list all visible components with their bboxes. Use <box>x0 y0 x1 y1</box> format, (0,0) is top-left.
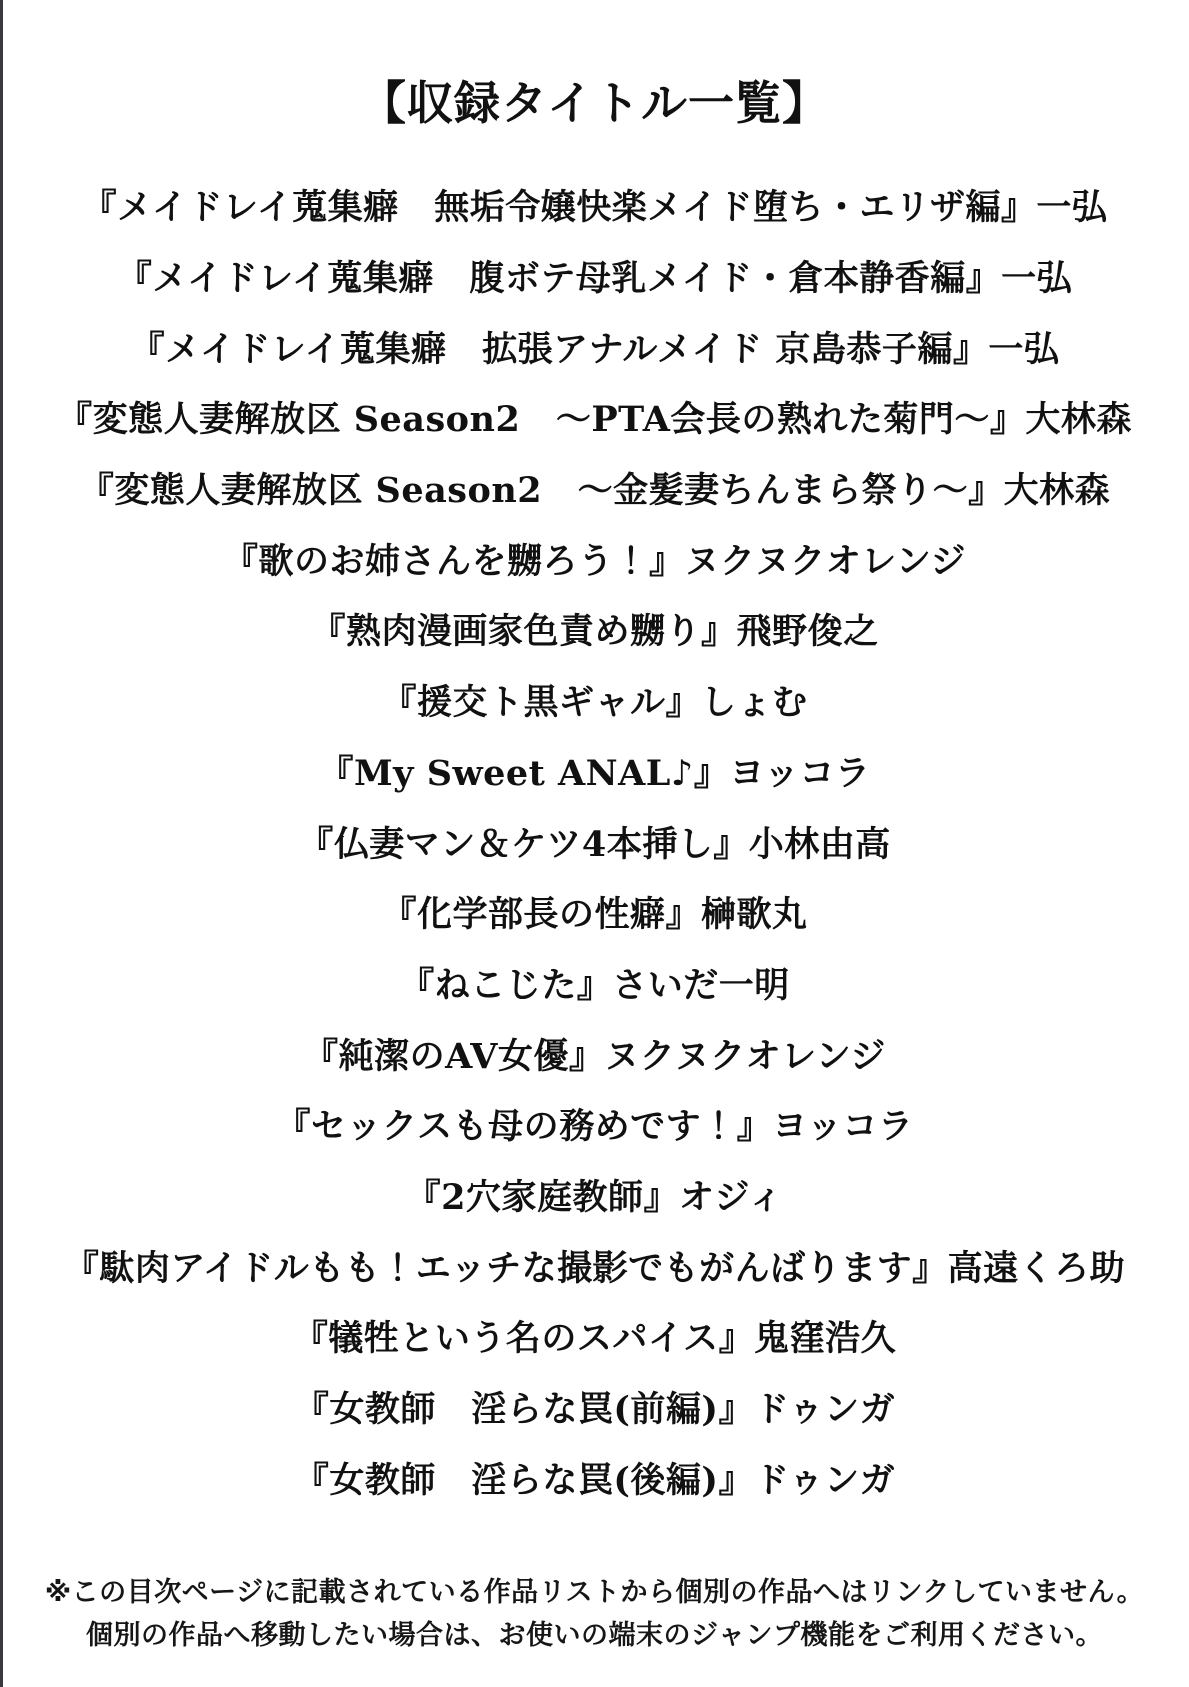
toc-entry: 『変態人妻解放区 Season2 ～PTA会長の熟れた菊門～』大林森 <box>0 382 1189 453</box>
toc-entry: 『セックスも母の務めです！』ヨッコラ <box>0 1089 1189 1160</box>
page-title: 【収録タイトル一覧】 <box>0 70 1189 130</box>
toc-entry: 『My Sweet ANAL♪』ヨッコラ <box>0 736 1189 807</box>
toc-entry: 『メイドレイ蒐集癖 拡張アナルメイド 京島恭子編』一弘 <box>0 311 1189 382</box>
toc-entry: 『純潔のAV女優』ヌクヌクオレンジ <box>0 1018 1189 1089</box>
left-edge-rule <box>0 0 3 1687</box>
toc-entry: 『女教師 淫らな罠(後編)』ドゥンガ <box>0 1442 1189 1513</box>
toc-entry: 『女教師 淫らな罠(前編)』ドゥンガ <box>0 1372 1189 1443</box>
toc-entry: 『変態人妻解放区 Season2 ～金髪妻ちんまら祭り～』大林森 <box>0 453 1189 524</box>
footnote-line-2: 個別の作品へ移動したい場合は、お使いの端末のジャンプ機能をご利用ください。 <box>0 1611 1189 1654</box>
toc-entry: 『犠牲という名のスパイス』鬼窪浩久 <box>0 1301 1189 1372</box>
toc-page: 【収録タイトル一覧】 『メイドレイ蒐集癖 無垢令嬢快楽メイド堕ち・エリザ編』一弘… <box>0 70 1189 1654</box>
toc-entry: 『メイドレイ蒐集癖 腹ボテ母乳メイド・倉本静香編』一弘 <box>0 241 1189 312</box>
toc-entry: 『化学部長の性癖』榊歌丸 <box>0 877 1189 948</box>
toc-entry: 『援交ト黒ギャル』しょむ <box>0 665 1189 736</box>
footnote: ※この目次ページに記載されている作品リストから個別の作品へはリンクしていません。… <box>0 1568 1189 1654</box>
toc-entry: 『熟肉漫画家色責め嬲り』飛野俊之 <box>0 594 1189 665</box>
footnote-line-1: ※この目次ページに記載されている作品リストから個別の作品へはリンクしていません。 <box>0 1568 1189 1611</box>
toc-entry: 『メイドレイ蒐集癖 無垢令嬢快楽メイド堕ち・エリザ編』一弘 <box>0 170 1189 241</box>
toc-entry: 『仏妻マン＆ケツ4本挿し』小林由高 <box>0 806 1189 877</box>
title-list: 『メイドレイ蒐集癖 無垢令嬢快楽メイド堕ち・エリザ編』一弘『メイドレイ蒐集癖 腹… <box>0 170 1189 1513</box>
toc-entry: 『駄肉アイドルもも！エッチな撮影でもがんばります』高遠くろ助 <box>0 1230 1189 1301</box>
toc-entry: 『ねこじた』さいだ一明 <box>0 948 1189 1019</box>
toc-entry: 『2穴家庭教師』オジィ <box>0 1160 1189 1231</box>
toc-entry: 『歌のお姉さんを嬲ろう！』ヌクヌクオレンジ <box>0 523 1189 594</box>
